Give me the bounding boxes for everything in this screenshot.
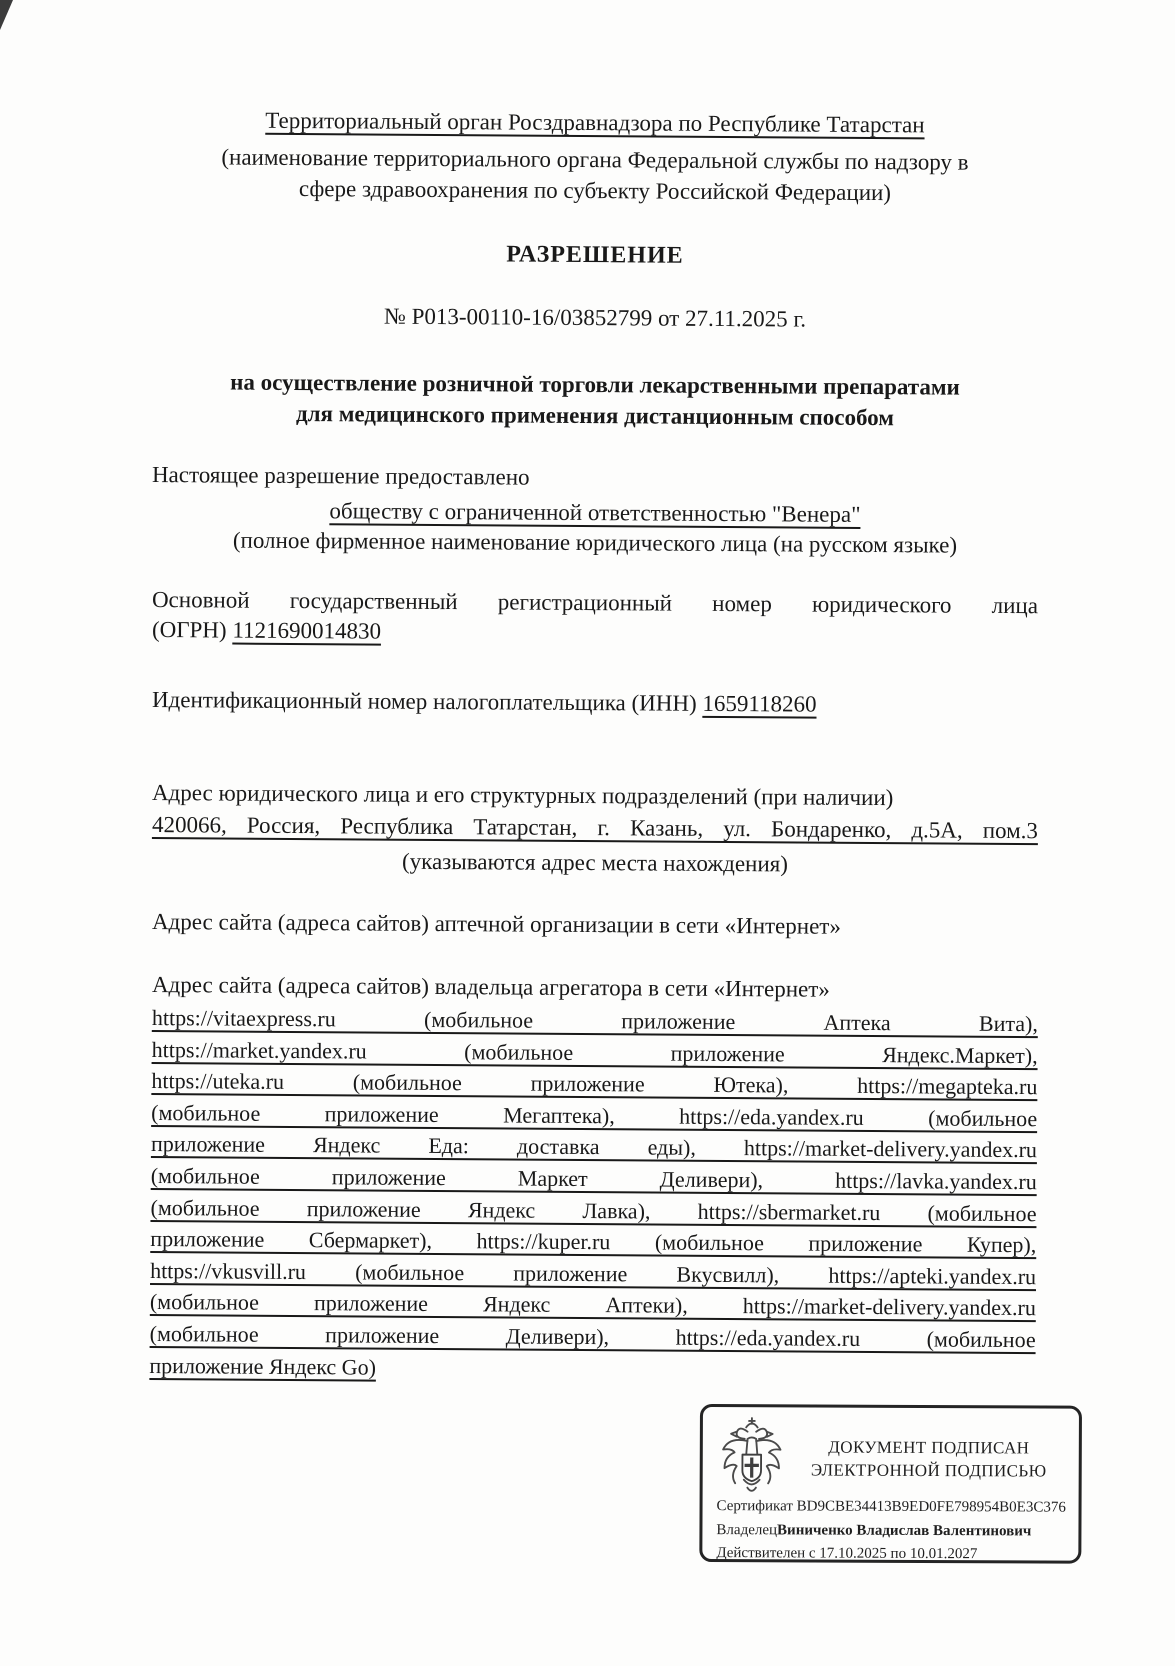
- document-subject-line2: для медицинского применения дистанционны…: [152, 397, 1038, 435]
- owner-name: Виниченко Владислав Валентинович: [777, 1522, 1031, 1539]
- inn-label: Идентификационный номер налогоплательщик…: [152, 687, 697, 716]
- document-page: Территориальный орган Росздравнадзора по…: [0, 0, 1175, 1666]
- header-org-caption-line2: сфере здравоохранения по субъекту Россий…: [152, 172, 1038, 210]
- stamp-details: Сертификат BD9CBE34413B9ED0FE798954B0E3C…: [716, 1495, 1068, 1567]
- document-type-title: РАЗРЕШЕНИЕ: [152, 236, 1038, 274]
- certificate-label: Сертификат: [717, 1498, 793, 1514]
- validity-line: Действителен с 17.10.2025 по 10.01.2027: [716, 1542, 1068, 1567]
- certificate-value: BD9CBE34413B9ED0FE798954B0E3C376: [797, 1498, 1066, 1515]
- stamp-title-line1: ДОКУМЕНТ ПОДПИСАН: [789, 1435, 1069, 1459]
- owner-line: ВладелецВиниченко Владислав Валентинович: [716, 1519, 1068, 1544]
- pharmacy-site-label: Адрес сайта (адреса сайтов) аптечной орг…: [152, 906, 1038, 944]
- aggregator-url-line: приложение Яндекс Go): [149, 1350, 1035, 1388]
- aggregator-site-label: Адрес сайта (адреса сайтов) владельца аг…: [152, 969, 1038, 1007]
- company-name-caption: (полное фирменное наименование юридическ…: [152, 524, 1038, 562]
- owner-label: Владелец: [716, 1522, 777, 1538]
- signature-stamp-header: ДОКУМЕНТ ПОДПИСАН ЭЛЕКТРОННОЙ ПОДПИСЬЮ: [703, 1407, 1079, 1503]
- signature-stamp: ДОКУМЕНТ ПОДПИСАН ЭЛЕКТРОННОЙ ПОДПИСЬЮ С…: [699, 1404, 1082, 1564]
- ogrn-value: 1121690014830: [232, 618, 381, 644]
- aggregator-url-block: https://vitaexpress.ru (мобильное прилож…: [149, 1002, 1038, 1387]
- granted-intro-text: Настоящее разрешение предоставлено: [152, 459, 1038, 497]
- inn-value: 1659118260: [702, 691, 816, 717]
- address-value: 420066, Россия, Республика Татарстан, г.…: [152, 809, 1038, 847]
- ogrn-line: (ОГРН) 1121690014830: [152, 614, 1038, 652]
- stamp-title-line2: ЭЛЕКТРОННОЙ ПОДПИСЬЮ: [789, 1458, 1069, 1482]
- scan-corner-artifact: [0, 0, 13, 30]
- document-number: № Р013-00110-16/03852799 от 27.11.2025 г…: [152, 299, 1038, 337]
- inn-line: Идентификационный номер налогоплательщик…: [152, 684, 1038, 722]
- stamp-title: ДОКУМЕНТ ПОДПИСАН ЭЛЕКТРОННОЙ ПОДПИСЬЮ: [789, 1435, 1069, 1482]
- roszdravnadzor-emblem-icon: [715, 1415, 789, 1501]
- header-org-name: Территориальный орган Росздравнадзора по…: [152, 104, 1038, 142]
- address-caption: (указываются адрес места нахождения): [152, 844, 1038, 882]
- ogrn-label: (ОГРН): [152, 617, 227, 643]
- certificate-line: Сертификат BD9CBE34413B9ED0FE798954B0E3C…: [717, 1495, 1069, 1520]
